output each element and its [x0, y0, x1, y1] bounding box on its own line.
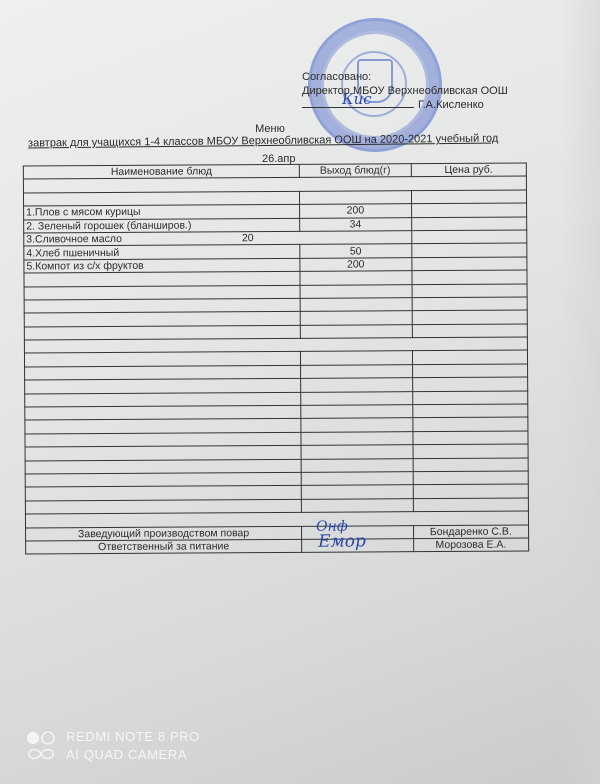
dish-price	[411, 257, 527, 271]
handwritten-signature: Онф	[316, 520, 348, 532]
footer-row: Ответственный за питание Емор Морозова Е…	[26, 538, 529, 554]
footer-role: Ответственный за питание	[26, 539, 302, 554]
dish-name: 3.Сливочное масло	[26, 233, 122, 246]
watermark-line-1: REDMI NOTE 8 PRO	[66, 728, 200, 746]
paper-shadow	[560, 0, 600, 784]
handwritten-signature: Емор	[318, 535, 366, 547]
dish-yield: 200	[300, 257, 412, 271]
approval-label: Согласовано:	[302, 70, 508, 84]
approver-signature: Кис	[342, 92, 372, 106]
document-subtitle: завтрак для учащихся 1-4 классов МБОУ Ве…	[28, 133, 498, 150]
dish-yield: 50	[300, 244, 412, 258]
camera-logo-icon	[26, 730, 56, 762]
header-price: Цена руб.	[411, 163, 527, 177]
dish-price	[411, 217, 527, 231]
dish-price	[411, 230, 527, 244]
dish-yield: 20	[242, 232, 254, 244]
approval-position: Директор МБОУ Верхнеобливская ООШ	[302, 84, 508, 98]
approver-name: Г.А.Кисленко	[418, 99, 484, 111]
footer-name: Бондаренко С.В.	[413, 525, 529, 539]
footer-signature: Емор	[302, 539, 414, 553]
camera-watermark: REDMI NOTE 8 PRO AI QUAD CAMERA	[66, 728, 200, 764]
dish-yield: 34	[300, 217, 412, 231]
footer-name: Морозова Е.А.	[413, 538, 529, 552]
menu-table: Наименование блюд Выход блюд(г) Цена руб…	[23, 162, 529, 554]
header-yield: Выход блюд(г)	[299, 164, 411, 178]
watermark-line-2: AI QUAD CAMERA	[66, 746, 200, 764]
dish-price	[411, 243, 527, 257]
dish-yield: 200	[300, 204, 412, 218]
approval-block: Согласовано: Директор МБОУ Верхнеобливск…	[302, 70, 508, 112]
dish-price	[411, 203, 527, 217]
